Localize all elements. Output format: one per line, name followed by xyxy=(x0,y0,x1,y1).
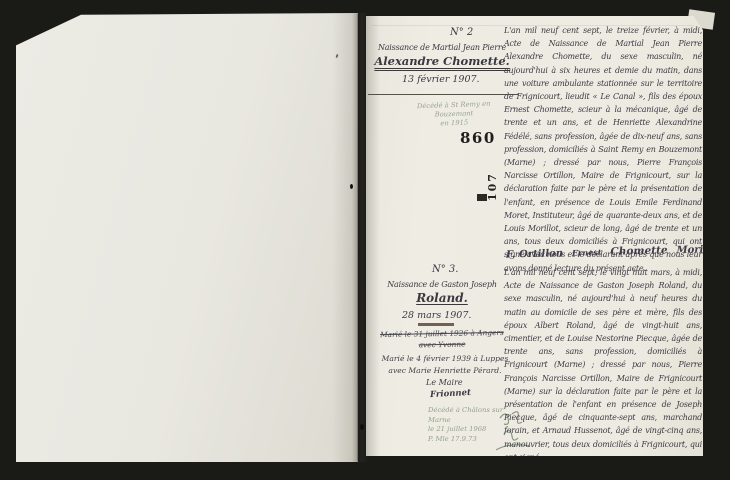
register-scan: N° 2 Naissance de Martial Jean Pierre Al… xyxy=(0,0,730,480)
entry1-date: 13 février 1907. xyxy=(402,74,480,85)
signature-ernest: Ernest xyxy=(572,247,602,258)
entry1-title-line1: Naissance de Martial Jean Pierre xyxy=(370,43,514,52)
entry2-date-underline xyxy=(418,323,454,326)
entry2-act-text: L'an mil neuf cent sept, le vingt huit m… xyxy=(504,266,702,464)
entry1-death-note: Décédé à St Remy en Bouzemont en 1915 xyxy=(402,99,507,130)
entry1-margin-rule xyxy=(368,94,518,95)
entry1-number: N° 2 xyxy=(450,27,473,38)
entry2-marriage-note: Marié le 4 février 1939 à Luppes avec Ma… xyxy=(376,353,514,376)
entry2-marriage-line1: Marié le 4 février 1939 à Luppes xyxy=(376,353,514,365)
signature-chomette: Chomette xyxy=(610,244,667,257)
entry1-title-name: Alexandre Chomette. xyxy=(370,54,514,68)
entry2-title-name: Roland. xyxy=(370,291,514,305)
stitch-hole-top xyxy=(350,184,353,189)
entry2-date: 28 mars 1907. xyxy=(402,310,471,321)
right-page-content: N° 2 Naissance de Martial Jean Pierre Al… xyxy=(366,16,703,456)
entry2-struck-marriage-note: Marié le 31 juillet 1926 à Angers avec Y… xyxy=(366,327,518,352)
entry1-act-text: L'an mil neuf cent sept, le treize févri… xyxy=(504,24,702,275)
binding-gutter-shadow xyxy=(352,13,368,462)
entry2-title-line1: Naissance de Gaston Joseph xyxy=(370,280,514,289)
page-number-stamp: 860 xyxy=(460,129,496,147)
entry2-number: N° 3. xyxy=(432,264,458,275)
folio-stamp-emblem xyxy=(477,194,487,201)
entry2-maire-label: Le Maire xyxy=(426,378,463,387)
signature-ortillon: F. Ortillon xyxy=(506,248,563,260)
binding-fold-line xyxy=(357,14,358,461)
right-register-page: N° 2 Naissance de Martial Jean Pierre Al… xyxy=(366,16,703,456)
entry2-maire-signature: Frionnet xyxy=(430,388,471,400)
entry2-marriage-line2: avec Marie Henriette Pérard. xyxy=(376,365,514,377)
folio-stamp-vertical: 107 xyxy=(486,155,499,201)
stitch-hole-bottom xyxy=(360,424,364,430)
left-blank-page xyxy=(16,13,358,462)
signature-morillot: Morillot xyxy=(676,244,722,256)
